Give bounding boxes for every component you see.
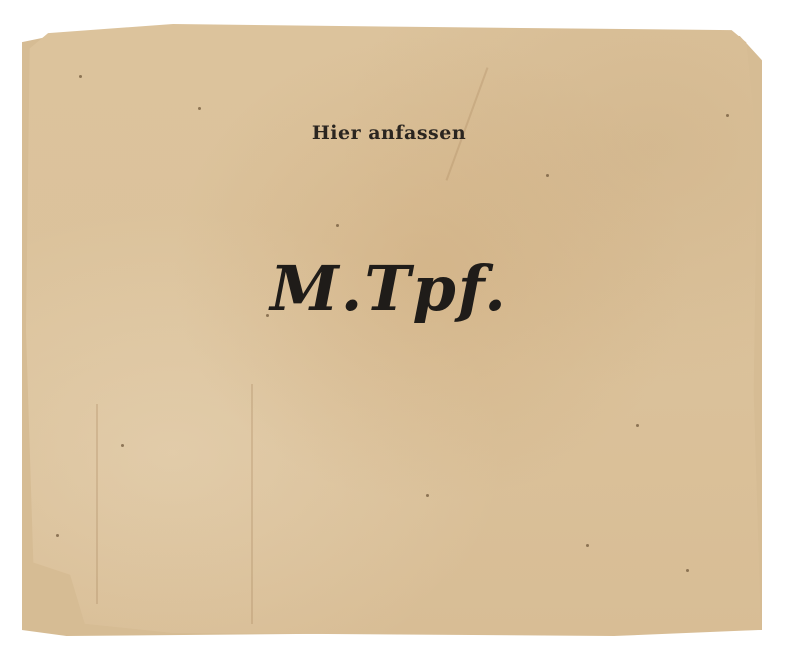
paper-speck [198,107,201,110]
paper-speck [726,114,729,117]
paper-speck [636,424,639,427]
paper-envelope [26,24,761,636]
paper-speck [121,444,124,447]
paper-speck [336,224,339,227]
fold-crease [96,404,98,604]
instruction-text: Hier anfassen [0,122,778,144]
paper-speck [56,534,59,537]
designation-text: M.Tpf. [0,252,778,325]
paper-speck [686,569,689,572]
paper-speck [586,544,589,547]
fold-crease [251,384,253,624]
paper-speck [546,174,549,177]
paper-speck [426,494,429,497]
paper-speck [79,75,82,78]
